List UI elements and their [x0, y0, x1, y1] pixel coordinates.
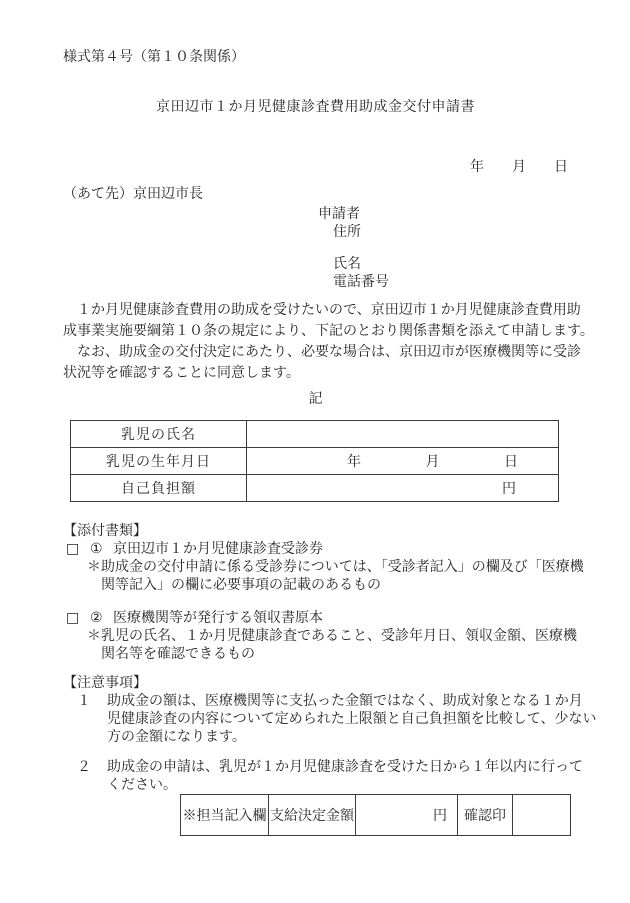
item-title: 京田辺市１か月児健康診査受診券	[113, 541, 323, 557]
table-row: 自己負担額 円	[71, 475, 559, 502]
infant-name-value-cell	[247, 421, 559, 448]
unit-year: 年	[347, 451, 361, 471]
copayment-value-cell: 円	[247, 475, 559, 502]
note-line: １助成金の額は、医療機関等に支払った金額ではなく、助成対象となる１か月	[63, 692, 568, 710]
note-number: ２	[77, 758, 107, 776]
row-label-infant-birthdate: 乳児の生年月日	[71, 448, 247, 475]
checkbox-icon: □	[66, 540, 90, 558]
attachment-item-1: □①京田辺市１か月児健康診査受診券 ＊助成金の交付申請に係る受診券については、「…	[63, 540, 568, 594]
note-line: ２助成金の申請は、乳児が１か月児健康診査を受けた日から１年以内に行って	[63, 758, 568, 776]
table-row: ※担当記入欄 支給決定金額 円 確認印	[181, 795, 571, 836]
record-mark: 記	[63, 390, 568, 408]
attachment-item-2: □②医療機関等が発行する領収書原本 ＊乳児の氏名、１か月児健康診査であること、受…	[63, 609, 568, 663]
item-note-line: 関名等を確認できるもの	[63, 645, 568, 663]
item-title: 医療機関等が発行する領収書原本	[113, 610, 323, 626]
table-row: 乳児の生年月日 年 月 日	[71, 448, 559, 475]
row-label-infant-name: 乳児の氏名	[71, 421, 247, 448]
item-number: ②	[90, 609, 113, 627]
office-cell-amount-yen: 円	[356, 795, 458, 836]
attachment-item-line: □①京田辺市１か月児健康診査受診券	[63, 540, 568, 558]
row-label-copayment: 自己負担額	[71, 475, 247, 502]
applicant-name-label: 氏名	[333, 255, 568, 273]
attachments-heading: 【添付書類】	[63, 522, 568, 540]
notes-heading: 【注意事項】	[63, 674, 568, 692]
office-cell-decided-amount-label: 支給決定金額	[269, 795, 356, 836]
item-note-line: 関等記入」の欄に必要事項の記載のあるもの	[63, 576, 568, 594]
attachment-item-line: □②医療機関等が発行する領収書原本	[63, 609, 568, 627]
paragraph-line: 成事業実施要綱第１０条の規定により、下記のとおり関係書類を添えて申請します。	[63, 321, 568, 342]
applicant-phone-label: 電話番号	[333, 273, 568, 291]
applicant-address-label: 住所	[333, 223, 568, 241]
body-text: １か月児健康診査費用の助成を受けたいので、京田辺市１か月児健康診査費用助 成事業…	[63, 300, 568, 384]
item-number: ①	[90, 540, 113, 558]
note-line: ください。	[63, 776, 568, 794]
note-item-2: ２助成金の申請は、乳児が１か月児健康診査を受けた日から１年以内に行って ください…	[63, 758, 568, 794]
document-title: 京田辺市１か月児健康診査費用助成金交付申請書	[63, 98, 568, 116]
paragraph-line: １か月児健康診査費用の助成を受けたいので、京田辺市１か月児健康診査費用助	[63, 300, 568, 321]
note-text: 助成金の額は、医療機関等に支払った金額ではなく、助成対象となる１か月	[107, 693, 583, 709]
item-note-line: ＊助成金の交付申請に係る受診券については、「受診者記入」の欄及び「医療機	[63, 558, 568, 576]
date-line: 年 月 日	[63, 158, 568, 176]
table-row: 乳児の氏名	[71, 421, 559, 448]
office-cell-staff-entry: ※担当記入欄	[181, 795, 269, 836]
paragraph-line: 状況等を確認することに同意します。	[63, 363, 568, 384]
note-line: 児健康診査の内容について定められた上限額と自己負担額を比較して、少ない	[63, 710, 568, 728]
checkbox-icon: □	[66, 609, 90, 627]
addressee-line: （あて先）京田辺市長	[63, 185, 568, 203]
office-cell-seal-blank	[513, 795, 571, 836]
infant-info-table: 乳児の氏名 乳児の生年月日 年 月 日 自己負担額 円	[70, 420, 559, 502]
form-number: 様式第４号（第１０条関係）	[63, 48, 568, 66]
item-note-line: ＊乳児の氏名、１か月児健康診査であること、受診年月日、領収金額、医療機	[63, 627, 568, 645]
unit-day: 日	[504, 451, 518, 471]
infant-birthdate-value-cell: 年 月 日	[247, 448, 559, 475]
note-number: １	[77, 692, 107, 710]
document-page: 様式第４号（第１０条関係） 京田辺市１か月児健康診査費用助成金交付申請書 年 月…	[0, 0, 630, 903]
note-item-1: １助成金の額は、医療機関等に支払った金額ではなく、助成対象となる１か月 児健康診…	[63, 692, 568, 746]
note-text: 助成金の申請は、乳児が１か月児健康診査を受けた日から１年以内に行って	[107, 759, 583, 775]
applicant-label: 申請者	[318, 205, 568, 223]
office-use-table: ※担当記入欄 支給決定金額 円 確認印	[180, 794, 571, 836]
office-cell-confirmation-seal-label: 確認印	[458, 795, 513, 836]
note-line: 方の金額になります。	[63, 728, 568, 746]
paragraph-line: なお、助成金の交付決定にあたり、必要な場合は、京田辺市が医療機関等に受診	[63, 342, 568, 363]
unit-month: 月	[426, 451, 440, 471]
